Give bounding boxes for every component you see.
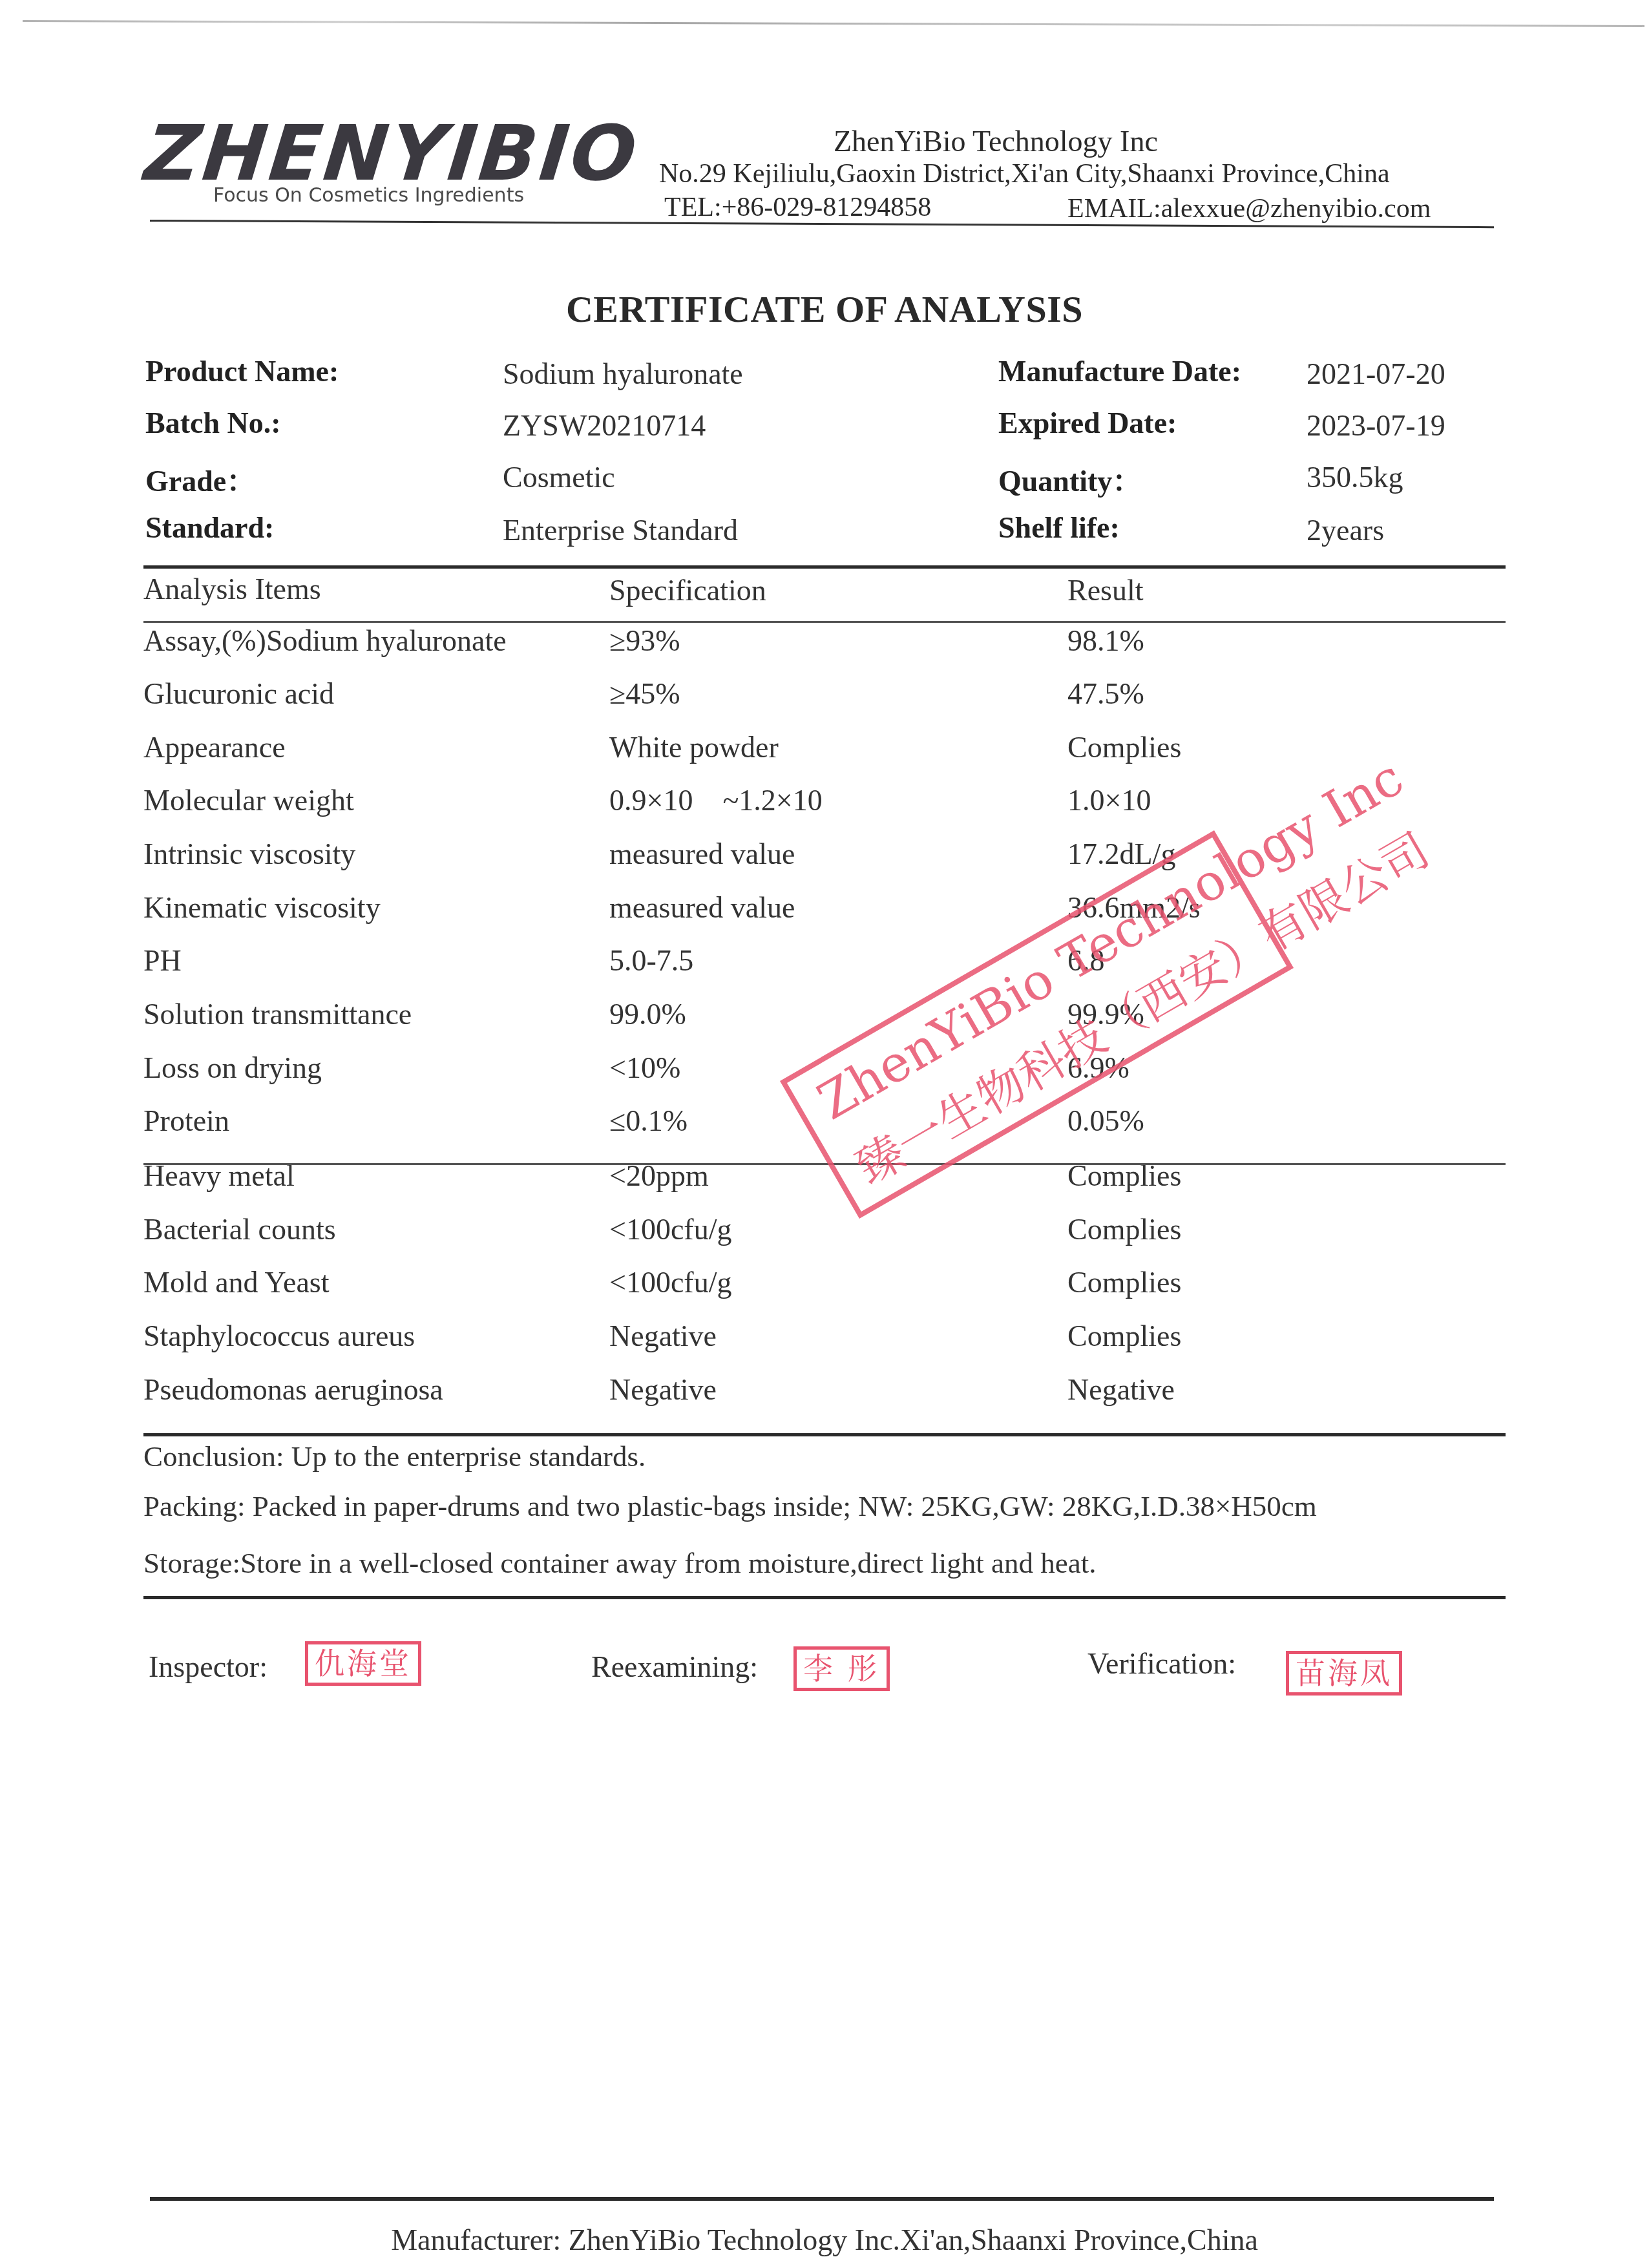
reexamining-label: Reexamining: bbox=[591, 1650, 758, 1684]
table-cell-item: Staphylococcus aureus bbox=[143, 1319, 415, 1353]
table-cell-item: Pseudomonas aeruginosa bbox=[143, 1372, 443, 1407]
table-cell-spec: measured value bbox=[609, 837, 795, 871]
table-cell-item: Loss on drying bbox=[143, 1051, 322, 1085]
info-value: Cosmetic bbox=[503, 460, 615, 494]
company-email: EMAIL:alexxue@zhenyibio.com bbox=[1067, 193, 1431, 224]
table-cell-spec: Negative bbox=[609, 1372, 717, 1407]
info-value: Enterprise Standard bbox=[503, 513, 738, 547]
table-cell-item: Bacterial counts bbox=[143, 1212, 336, 1246]
table-cell-result: Negative bbox=[1067, 1372, 1175, 1407]
table-cell-spec: ≥93% bbox=[609, 624, 680, 658]
table-cell-item: Glucuronic acid bbox=[143, 677, 334, 711]
column-header-result: Result bbox=[1067, 573, 1144, 607]
company-stamp: ZhenYiBio Technology Inc 臻一生物科技（西安）有限公司 bbox=[780, 830, 1294, 1219]
stamp-chinese-text: 臻一生物科技（西安）有限公司 bbox=[842, 814, 1440, 1197]
header-divider bbox=[143, 621, 1506, 623]
logo-tagline: Focus On Cosmetics Ingredients bbox=[213, 184, 524, 207]
table-cell-item: Kinematic viscosity bbox=[143, 890, 381, 925]
table-cell-spec: Negative bbox=[609, 1319, 717, 1353]
info-label: Grade： bbox=[145, 457, 256, 500]
table-cell-result: 0.05% bbox=[1067, 1104, 1144, 1138]
table-cell-spec: <10% bbox=[609, 1051, 680, 1085]
table-bottom-rule bbox=[143, 1433, 1506, 1436]
table-cell-item: Molecular weight bbox=[143, 783, 354, 817]
inspector-label: Inspector: bbox=[149, 1650, 268, 1684]
section-divider bbox=[143, 1163, 1506, 1165]
info-value: 350.5kg bbox=[1307, 460, 1403, 494]
company-name: ZhenYiBio Technology Inc bbox=[834, 124, 1158, 158]
info-label: Product Name: bbox=[145, 354, 339, 388]
footer-divider bbox=[150, 2197, 1494, 2201]
table-cell-spec: ≥45% bbox=[609, 677, 680, 711]
table-cell-item: Mold and Yeast bbox=[143, 1265, 330, 1299]
info-label: Standard: bbox=[145, 510, 274, 545]
info-label: Quantity： bbox=[998, 457, 1142, 500]
company-phone: TEL:+86-029-81294858 bbox=[664, 192, 931, 223]
document-title: CERTIFICATE OF ANALYSIS bbox=[0, 288, 1649, 331]
scan-artifact-line bbox=[23, 20, 1644, 27]
table-cell-item: Appearance bbox=[143, 730, 286, 764]
table-cell-spec: 5.0-7.5 bbox=[609, 943, 693, 978]
info-value: ZYSW20210714 bbox=[503, 408, 706, 443]
table-cell-spec: White powder bbox=[609, 730, 779, 764]
info-label: Expired Date: bbox=[998, 406, 1177, 440]
info-value: 2023-07-19 bbox=[1307, 408, 1445, 443]
storage-text: Storage:Store in a well-closed container… bbox=[143, 1546, 1097, 1580]
table-cell-spec: 0.9×10 ~1.2×10 bbox=[609, 783, 823, 817]
table-cell-result: 98.1% bbox=[1067, 624, 1144, 658]
table-cell-result: 1.0×10 bbox=[1067, 783, 1151, 817]
table-cell-item: Assay,(%)Sodium hyaluronate bbox=[143, 624, 507, 658]
info-value: Sodium hyaluronate bbox=[503, 357, 743, 391]
info-value: 2021-07-20 bbox=[1307, 357, 1445, 391]
column-header-item: Analysis Items bbox=[143, 572, 321, 606]
table-cell-item: Solution transmittance bbox=[143, 997, 412, 1031]
table-cell-spec: ≤0.1% bbox=[609, 1104, 688, 1138]
table-cell-result: Complies bbox=[1067, 730, 1181, 764]
table-cell-result: Complies bbox=[1067, 1212, 1181, 1246]
table-cell-spec: <100cfu/g bbox=[609, 1265, 731, 1299]
info-label: Shelf life: bbox=[998, 510, 1120, 545]
company-logo: ZHENYIBIO bbox=[142, 115, 643, 191]
column-header-spec: Specification bbox=[609, 573, 766, 607]
inspector-seal: 仇海堂 bbox=[305, 1641, 421, 1686]
info-value: 2years bbox=[1307, 513, 1384, 547]
table-cell-result: Complies bbox=[1067, 1319, 1181, 1353]
info-label: Manufacture Date: bbox=[998, 354, 1241, 388]
info-label: Batch No.: bbox=[145, 406, 281, 440]
table-cell-item: Intrinsic viscosity bbox=[143, 837, 355, 871]
table-cell-result: 47.5% bbox=[1067, 677, 1144, 711]
verification-seal: 苗海凤 bbox=[1286, 1651, 1402, 1696]
table-cell-spec: 99.0% bbox=[609, 997, 686, 1031]
info-table-divider bbox=[143, 565, 1506, 569]
table-cell-spec: measured value bbox=[609, 890, 795, 925]
conclusion-text: Conclusion: Up to the enterprise standar… bbox=[143, 1440, 646, 1473]
verification-label: Verification: bbox=[1087, 1646, 1236, 1681]
table-cell-spec: <100cfu/g bbox=[609, 1212, 731, 1246]
table-cell-item: Protein bbox=[143, 1104, 229, 1138]
table-cell-result: Complies bbox=[1067, 1265, 1181, 1299]
table-cell-item: PH bbox=[143, 943, 182, 978]
footer-manufacturer: Manufacturer: ZhenYiBio Technology Inc.X… bbox=[0, 2223, 1649, 2257]
notes-bottom-rule bbox=[143, 1596, 1506, 1599]
company-address: No.29 Kejiliulu,Gaoxin District,Xi'an Ci… bbox=[659, 158, 1390, 189]
reexamining-seal: 李 彤 bbox=[793, 1646, 890, 1691]
packing-text: Packing: Packed in paper-drums and two p… bbox=[143, 1489, 1317, 1523]
